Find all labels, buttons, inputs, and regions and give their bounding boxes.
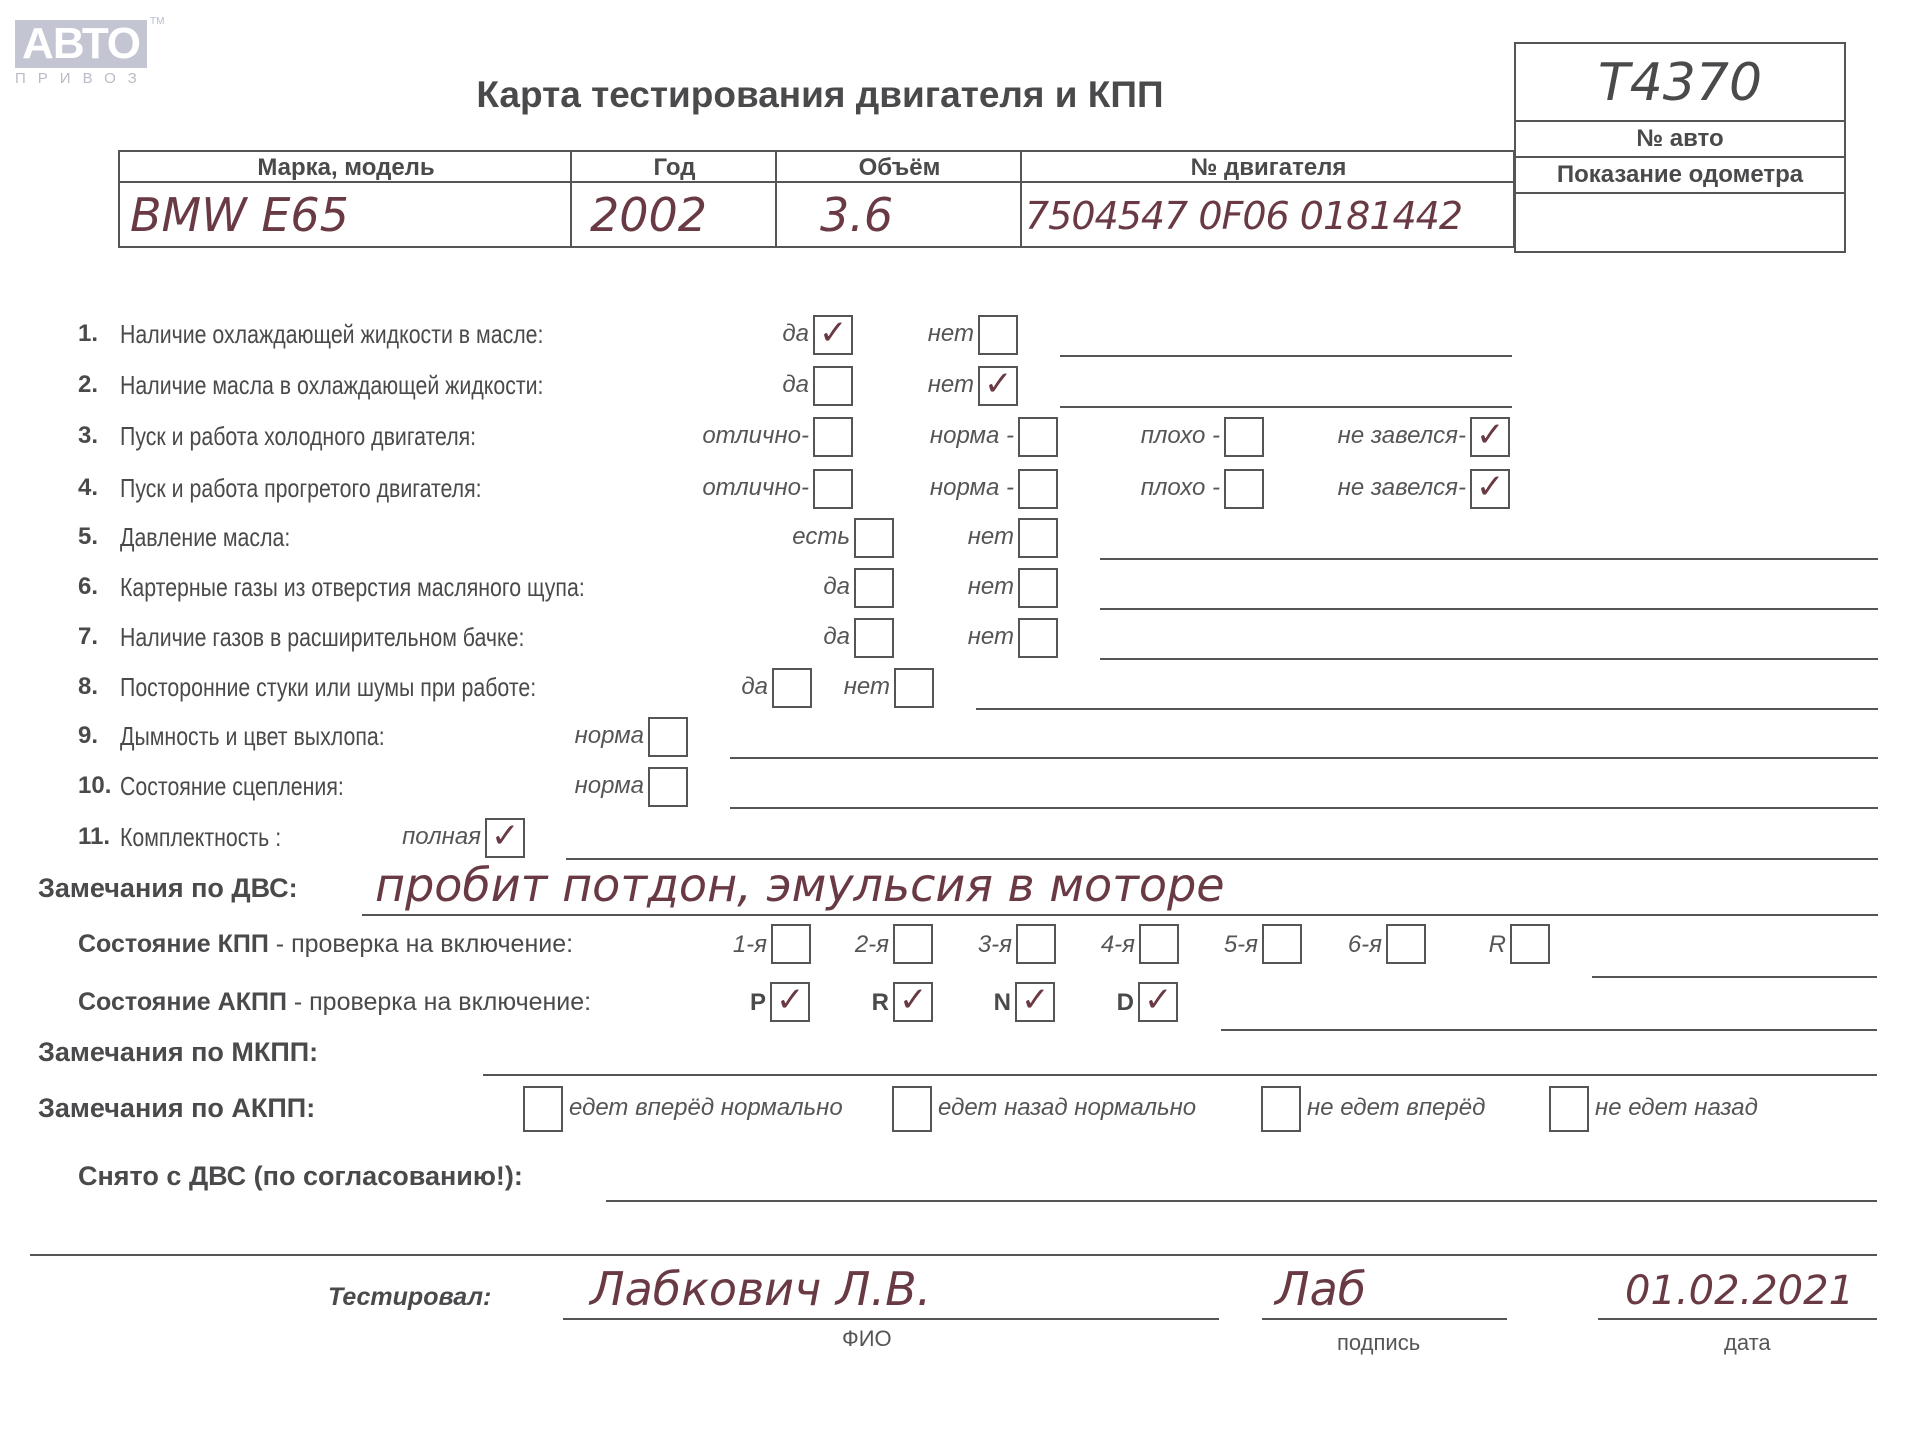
item-9-option-1-checkbox[interactable] xyxy=(648,717,688,757)
auto-remark-option-label: не едет назад xyxy=(1595,1094,1758,1122)
name-caption: ФИО xyxy=(842,1326,892,1352)
item-3-option-4-check-icon: ✓ xyxy=(1476,415,1505,455)
item-9-notes-line[interactable] xyxy=(730,757,1878,759)
auto-remark-option-4-checkbox[interactable] xyxy=(1549,1086,1589,1132)
auto-gearbox-line xyxy=(1221,1029,1877,1031)
header-make-model: Марка, модель xyxy=(120,152,572,183)
option-label: не завелся- xyxy=(1270,474,1466,502)
manual-gearbox-line xyxy=(1592,976,1877,978)
make-model-value[interactable]: BMW E65 xyxy=(130,188,349,242)
item-7-notes-line[interactable] xyxy=(1100,658,1878,660)
engine-remarks-label: Замечания по ДВС: xyxy=(38,873,298,904)
item-label: Картерные газы из отверстия масляного щу… xyxy=(120,572,585,603)
option-label: плохо - xyxy=(1024,474,1220,502)
gear-7-checkbox[interactable] xyxy=(1510,924,1550,964)
gear-label: R xyxy=(1310,931,1506,959)
signature-value[interactable]: Лаб xyxy=(1275,1262,1366,1316)
signature-line xyxy=(1262,1318,1507,1320)
item-3-option-4-checkbox[interactable]: ✓ xyxy=(1470,417,1510,457)
removed-line[interactable] xyxy=(606,1200,1877,1202)
section-divider xyxy=(30,1254,1877,1256)
header-volume: Объём xyxy=(777,152,1022,183)
item-label: Посторонние стуки или шумы при работе: xyxy=(120,672,536,703)
option-label: нет xyxy=(694,673,890,701)
item-label: Дымность и цвет выхлопа: xyxy=(120,721,385,752)
item-number: 10. xyxy=(78,772,111,800)
item-2-notes-line[interactable] xyxy=(1060,406,1512,408)
auto-gearbox-label: Состояние АКПП - проверка на включение: xyxy=(78,988,591,1017)
tester-name-value[interactable]: Лабкович Л.В. xyxy=(590,1262,931,1316)
manual-gearbox-subtitle: - проверка на включение: xyxy=(269,930,573,958)
car-number-value[interactable]: Т4370 xyxy=(1516,44,1844,122)
option-label: нет xyxy=(818,523,1014,551)
item-1-option-2-checkbox[interactable] xyxy=(978,315,1018,355)
car-info-box: Т4370 № авто Показание одометра xyxy=(1514,42,1846,253)
option-label: отлично- xyxy=(613,422,809,450)
auto-remark-option-3-checkbox[interactable] xyxy=(1261,1086,1301,1132)
item-11-option-1-check-icon: ✓ xyxy=(491,816,520,856)
engine-remarks-value[interactable]: пробит потдон, эмульсия в моторе xyxy=(375,858,1225,912)
item-number: 1. xyxy=(78,320,98,348)
auto-remarks-label: Замечания по АКПП: xyxy=(38,1093,315,1124)
manual-remarks-label: Замечания по МКПП: xyxy=(38,1037,318,1068)
auto-gearbox-title: Состояние АКПП xyxy=(78,988,287,1016)
odometer-label: Показание одометра xyxy=(1516,158,1844,194)
manual-remarks-line[interactable] xyxy=(483,1074,1877,1076)
volume-value[interactable]: 3.6 xyxy=(820,188,893,242)
item-4-option-3-checkbox[interactable] xyxy=(1224,469,1264,509)
item-label: Наличие газов в расширительном бачке: xyxy=(120,622,524,653)
item-label: Давление масла: xyxy=(120,522,290,553)
option-label: плохо - xyxy=(1024,422,1220,450)
car-number-label: № авто xyxy=(1516,122,1844,158)
auto-gearbox-subtitle: - проверка на включение: xyxy=(287,988,591,1016)
item-number: 8. xyxy=(78,673,98,701)
item-number: 5. xyxy=(78,523,98,551)
auto-remark-option-label: едет вперёд нормально xyxy=(569,1094,843,1122)
date-caption: дата xyxy=(1724,1330,1771,1356)
item-4-option-4-check-icon: ✓ xyxy=(1476,467,1505,507)
item-3-option-3-checkbox[interactable] xyxy=(1224,417,1264,457)
engine-number-value[interactable]: 7504547 0F06 0181442 xyxy=(1025,194,1462,238)
option-label: нет xyxy=(818,573,1014,601)
item-5-option-2-checkbox[interactable] xyxy=(1018,518,1058,558)
date-value[interactable]: 01.02.2021 xyxy=(1625,1268,1854,1314)
auto-remark-option-label: едет назад нормально xyxy=(938,1094,1196,1122)
option-label: норма xyxy=(448,772,644,800)
logo-trademark: TM xyxy=(150,16,164,27)
item-1-notes-line[interactable] xyxy=(1060,355,1512,357)
tested-by-label: Тестировал: xyxy=(328,1283,491,1312)
manual-gearbox-title: Состояние КПП xyxy=(78,930,269,958)
year-value[interactable]: 2002 xyxy=(590,188,707,242)
item-label: Пуск и работа холодного двигателя: xyxy=(120,421,476,452)
item-label: Наличие масла в охлаждающей жидкости: xyxy=(120,370,543,401)
option-label: не завелся- xyxy=(1270,422,1466,450)
vehicle-table: Марка, модель Год Объём № двигателя BMW … xyxy=(118,150,1515,248)
item-number: 6. xyxy=(78,573,98,601)
item-number: 4. xyxy=(78,474,98,502)
option-label: полная xyxy=(285,823,481,851)
removed-label: Снято с ДВС (по согласованию!): xyxy=(78,1161,523,1192)
option-label: нет xyxy=(778,320,974,348)
akpp-position-d-check-icon: ✓ xyxy=(1144,980,1173,1020)
item-10-option-1-checkbox[interactable] xyxy=(648,767,688,807)
item-number: 9. xyxy=(78,722,98,750)
divider xyxy=(570,152,572,246)
item-label: Состояние сцепления: xyxy=(120,771,344,802)
auto-remark-option-1-checkbox[interactable] xyxy=(523,1086,563,1132)
item-8-option-2-checkbox[interactable] xyxy=(894,668,934,708)
page-title: Карта тестирования двигателя и КПП xyxy=(0,74,1640,116)
header-year: Год xyxy=(572,152,777,183)
name-line xyxy=(563,1318,1219,1320)
item-10-notes-line[interactable] xyxy=(730,807,1878,809)
item-label: Комплектность : xyxy=(120,822,281,853)
option-label: нет xyxy=(818,623,1014,651)
engine-remarks-line xyxy=(362,914,1878,916)
item-4-option-4-checkbox[interactable]: ✓ xyxy=(1470,469,1510,509)
auto-remark-option-2-checkbox[interactable] xyxy=(892,1086,932,1132)
item-5-notes-line[interactable] xyxy=(1100,558,1878,560)
date-line xyxy=(1598,1318,1877,1320)
option-label: норма - xyxy=(818,422,1014,450)
divider xyxy=(1020,152,1022,246)
auto-remark-option-label: не едет вперёд xyxy=(1307,1094,1485,1122)
item-11-option-1-checkbox[interactable]: ✓ xyxy=(485,818,525,858)
item-number: 11. xyxy=(78,823,110,851)
item-6-notes-line[interactable] xyxy=(1100,608,1878,610)
signature-caption: подпись xyxy=(1337,1330,1420,1356)
item-2-option-2-check-icon: ✓ xyxy=(984,364,1013,404)
item-label: Пуск и работа прогретого двигателя: xyxy=(120,473,482,504)
item-number: 3. xyxy=(78,422,98,450)
option-label: нет xyxy=(778,371,974,399)
item-8-notes-line[interactable] xyxy=(976,708,1878,710)
item-7-option-2-checkbox[interactable] xyxy=(1018,618,1058,658)
option-label: норма - xyxy=(818,474,1014,502)
item-2-option-2-checkbox[interactable]: ✓ xyxy=(978,366,1018,406)
manual-gearbox-label: Состояние КПП - проверка на включение: xyxy=(78,930,573,959)
akpp-position-label: D xyxy=(938,989,1134,1017)
option-label: норма xyxy=(448,722,644,750)
item-6-option-2-checkbox[interactable] xyxy=(1018,568,1058,608)
option-label: отлично- xyxy=(613,474,809,502)
divider xyxy=(775,152,777,246)
item-number: 7. xyxy=(78,623,98,651)
akpp-position-d-checkbox[interactable]: ✓ xyxy=(1138,982,1178,1022)
item-number: 2. xyxy=(78,371,98,399)
header-engine-number: № двигателя xyxy=(1022,152,1515,183)
item-label: Наличие охлаждающей жидкости в масле: xyxy=(120,319,543,350)
logo: АВТО xyxy=(15,20,147,68)
